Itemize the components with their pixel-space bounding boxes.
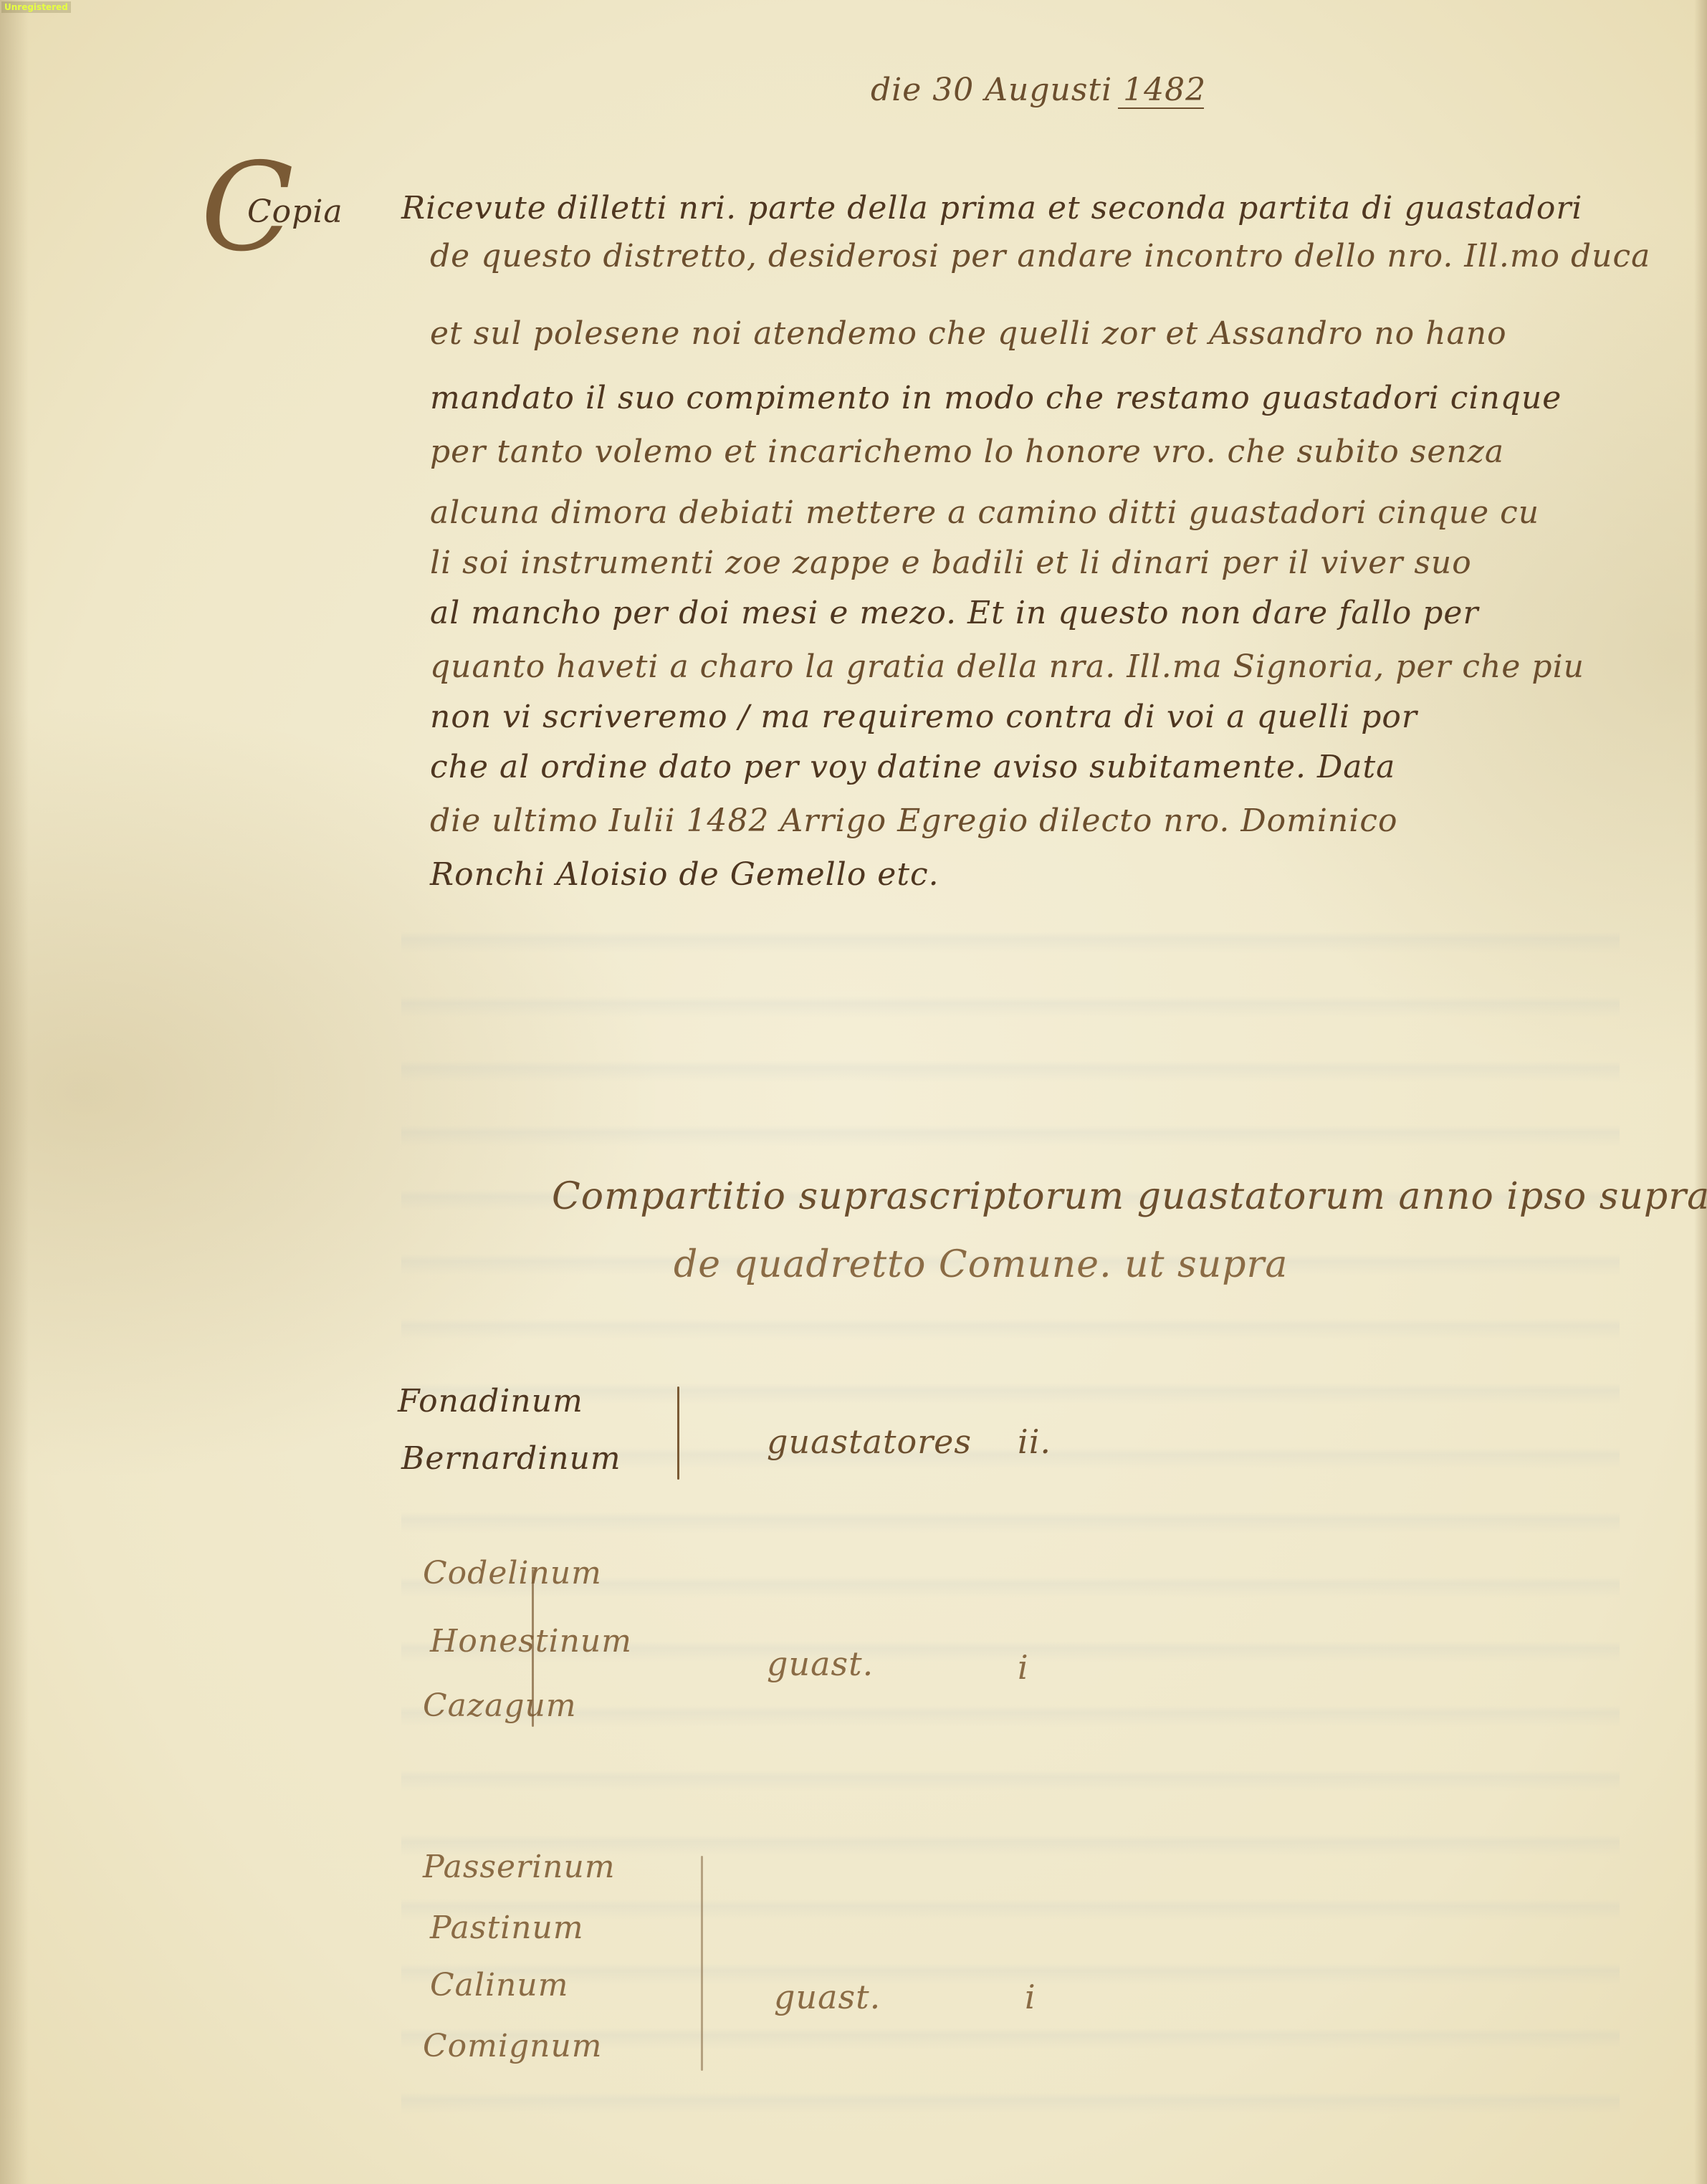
letter-line: de questo distretto, desiderosi per anda… [430,238,1650,274]
worker-name: Pastinum [430,1910,584,1946]
compartitio-heading: Compartitio suprascriptorum guastatorum … [552,1175,1707,1218]
group-bracket [677,1386,679,1480]
group-bracket [532,1569,534,1727]
group-count: i [1025,1978,1036,2016]
worker-name: Calinum [430,1967,568,2003]
worker-name: Codelinum [423,1555,602,1591]
letter-line: die ultimo Iulii 1482 Arrigo Egregio dil… [430,803,1397,839]
group-count: i [1018,1648,1029,1687]
worker-name: Passerinum [423,1849,616,1885]
letter-line: non vi scriveremo / ma requiremo contra … [430,699,1417,735]
compartitio-heading: de quadretto Comune. ut supra [674,1243,1288,1286]
copia-label: Copia [247,193,343,230]
letter-line: Ronchi Aloisio de Gemello etc. [430,856,939,893]
date-underline [1118,107,1204,109]
unregistered-watermark: Unregistered [1,1,71,13]
group-label: guast. [767,1644,874,1683]
group-label: guast. [774,1978,881,2016]
letter-line: al mancho per doi mesi e mezo. Et in que… [430,595,1479,631]
group-label: guastatores [767,1422,972,1461]
worker-name: Bernardinum [401,1440,621,1477]
letter-line: Ricevute dilletti nri. parte della prima… [401,190,1582,226]
date-header: die 30 Augusti 1482 [871,72,1206,108]
page-right-edge [1694,0,1707,2184]
letter-line: et sul polesene noi atendemo che quelli … [430,315,1507,352]
worker-name: Honestinum [430,1623,632,1659]
group-count: ii. [1018,1422,1051,1461]
worker-name: Comignum [423,2028,603,2064]
letter-line: alcuna dimora debiati mettere a camino d… [430,494,1539,531]
group-bracket [701,1856,703,2071]
page-left-shadow [0,0,29,2184]
worker-name: Cazagum [423,1687,577,1724]
letter-line: per tanto volemo et incarichemo lo honor… [430,434,1504,470]
letter-line: che al ordine dato per voy datine aviso … [430,749,1395,785]
worker-name: Fonadinum [398,1383,583,1419]
letter-line: li soi instrumenti zoe zappe e badili et… [430,545,1472,581]
letter-line: mandato il suo compimento in modo che re… [430,380,1562,416]
letter-line: quanto haveti a charo la gratia della nr… [430,648,1584,685]
